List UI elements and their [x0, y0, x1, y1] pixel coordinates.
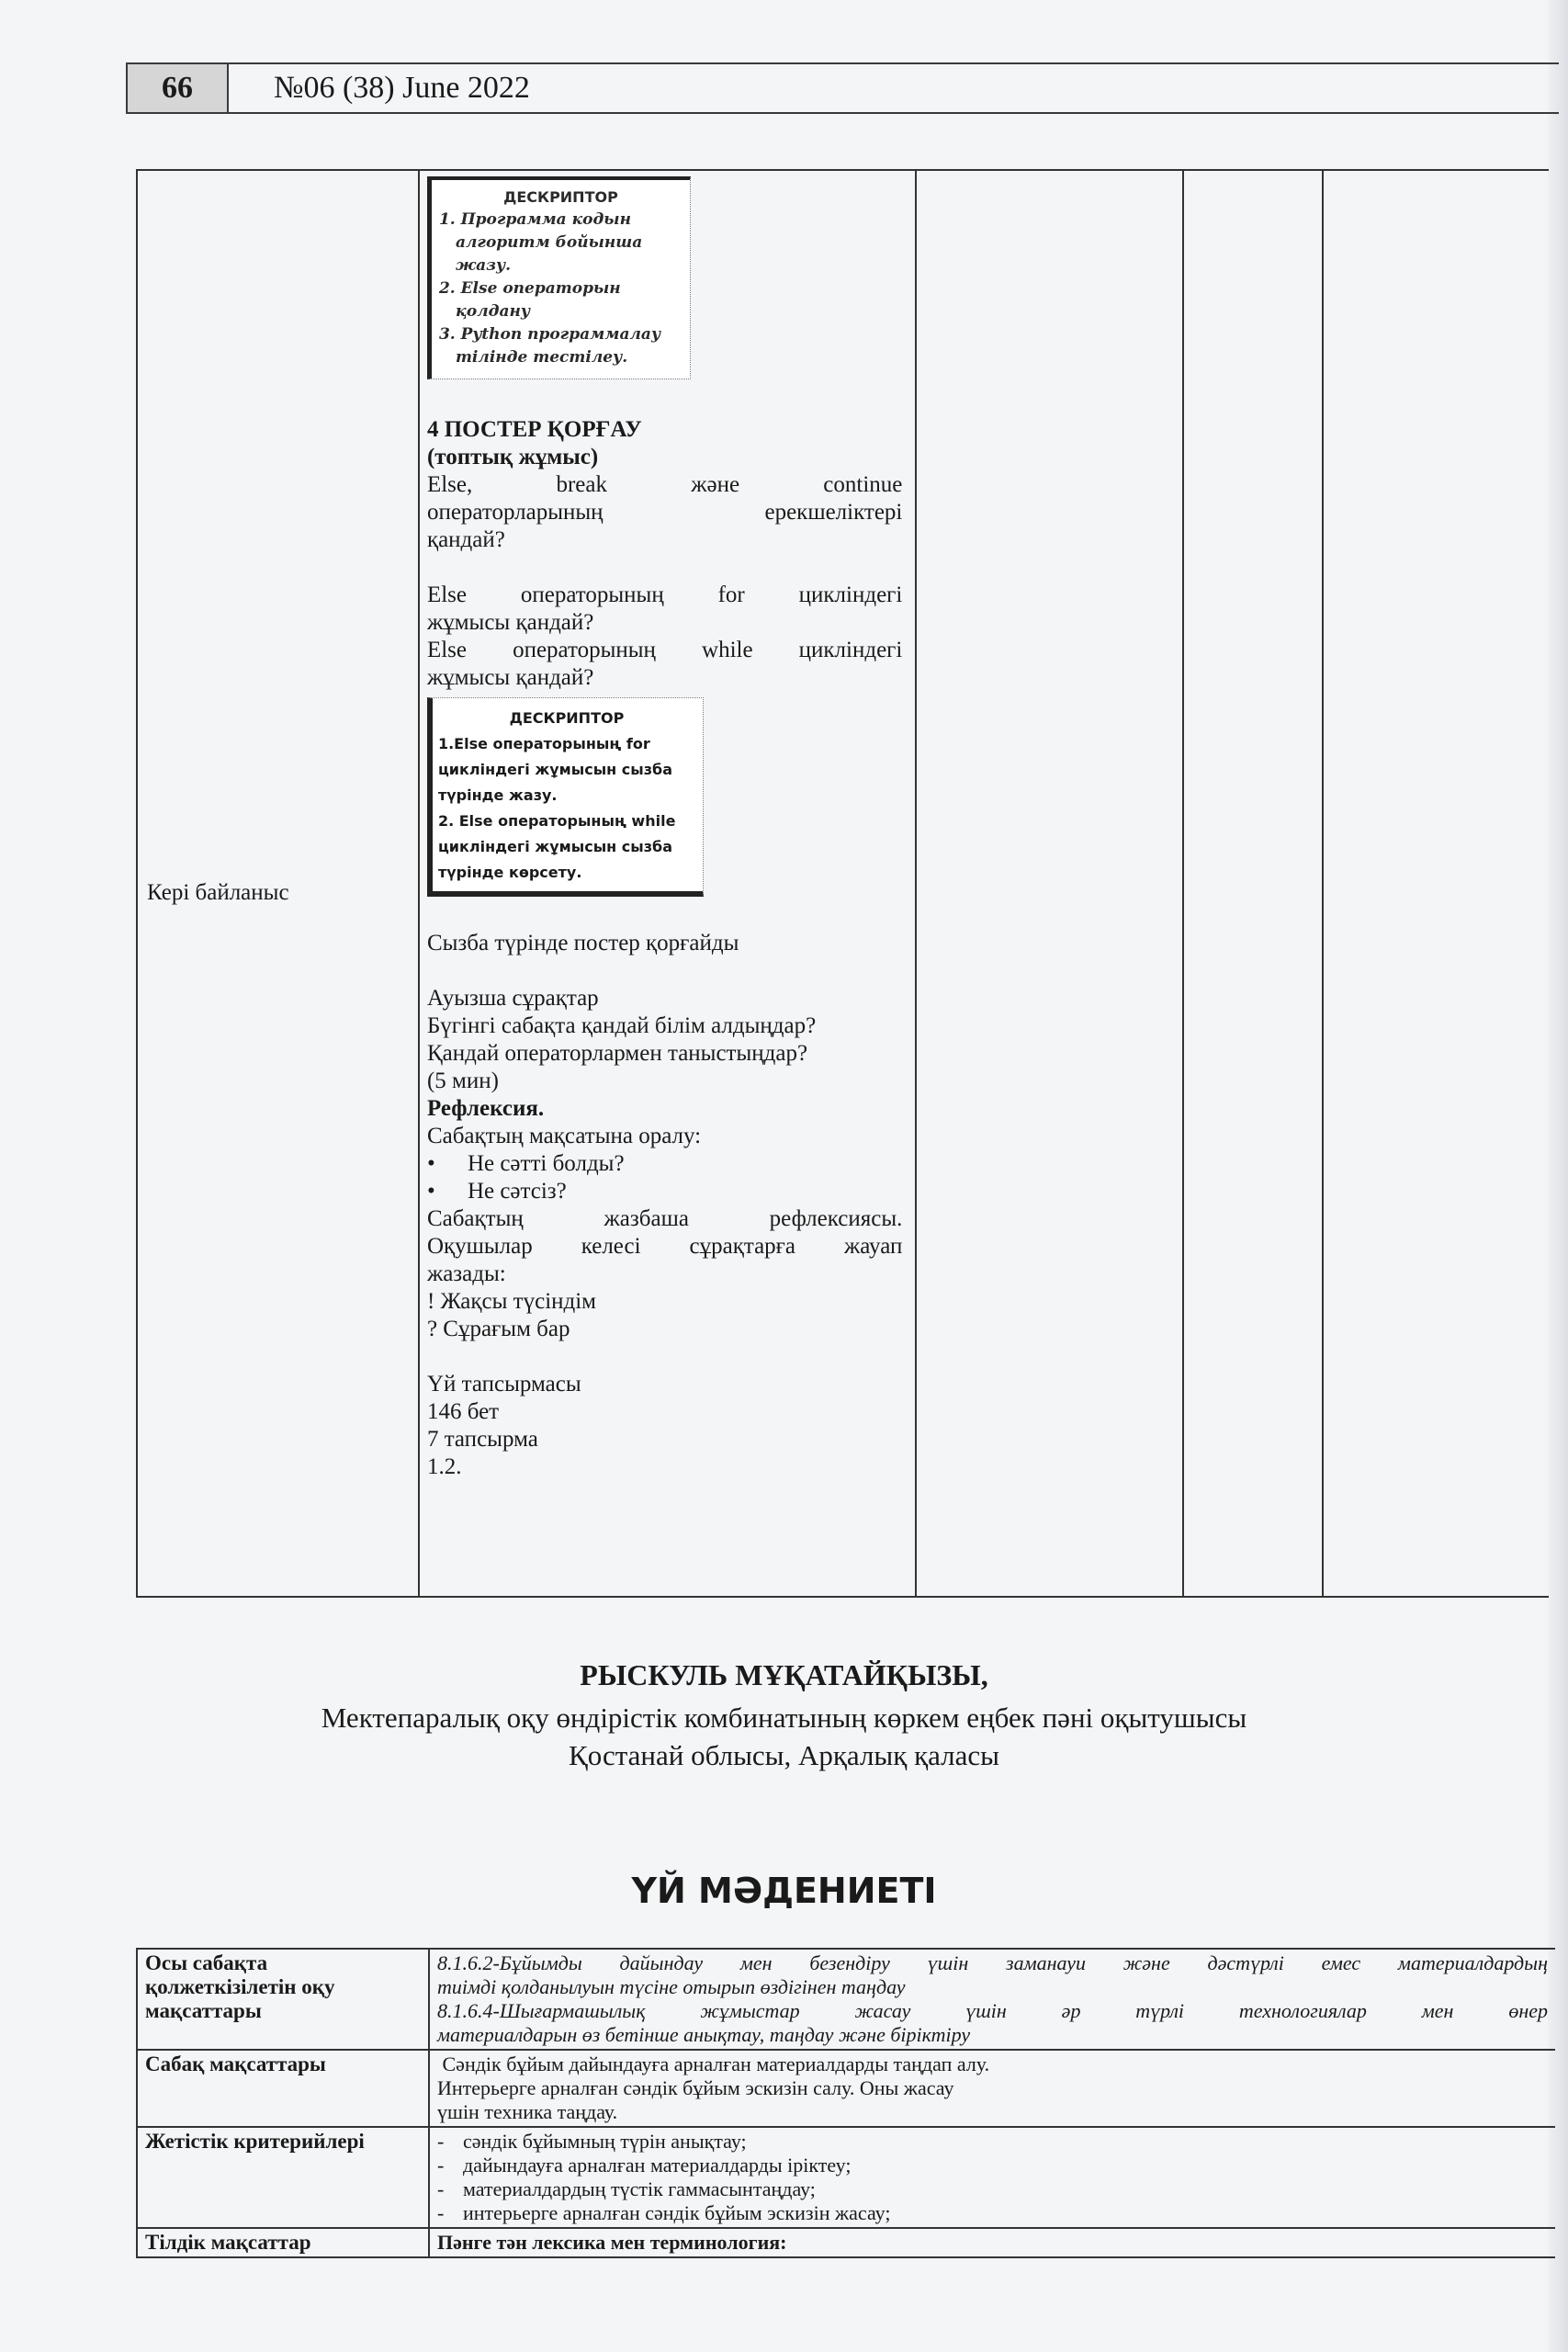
- criteria-text: сәндік бұйымның түрін анықтау;: [463, 2130, 747, 2154]
- text-line: Сәндік бұйым дайындауға арналған материа…: [437, 2052, 1548, 2076]
- header-rule-top: [126, 62, 1559, 64]
- question-3-line-1: Else операторының while циклiндегі: [427, 637, 902, 664]
- word: for: [718, 582, 745, 607]
- empty-cell: [1323, 170, 1549, 1597]
- oral-question-time: (5 мин): [427, 1068, 902, 1095]
- author-role: Мектепаралық оқу өндірістік комбинатының…: [0, 1702, 1568, 1735]
- row-label: Сабақ мақсаттары: [137, 2050, 429, 2127]
- bullet-icon: •: [427, 1150, 468, 1178]
- word: операторының: [521, 582, 664, 607]
- word: сұрақтарға: [690, 1234, 796, 1259]
- criteria-item: -сәндік бұйымның түрін анықтау;: [437, 2130, 1548, 2154]
- section-heading: 4 ПОСТЕР ҚОРҒАУ: [427, 416, 902, 444]
- section-title: ҮЙ МӘДЕНИЕТІ: [0, 1871, 1568, 1911]
- empty-cell: [1183, 170, 1323, 1597]
- word: циклiндегі: [799, 582, 903, 607]
- criteria-item: -дайындауға арналған материалдарды ірікт…: [437, 2154, 1548, 2177]
- word: циклiндегі: [799, 638, 903, 662]
- word: жазбаша: [604, 1206, 689, 1231]
- author-name: РЫСКУЛЬ МҰҚАТАЙҚЫЗЫ,: [0, 1658, 1568, 1692]
- word: Оқушылар: [427, 1234, 533, 1259]
- reflection-bullet: • Не сәтті болды?: [427, 1150, 902, 1178]
- written-reflection-line-1: Сабақтың жазбаша рефлексиясы.: [427, 1205, 902, 1233]
- question-1-line-3: қандай?: [427, 526, 902, 554]
- oral-questions-title: Ауызша сұрақтар: [427, 985, 902, 1012]
- text-line: 8.1.6.2-Бұйымды дайындау мен безендіру ү…: [437, 1951, 1548, 1975]
- lesson-plan-table: Осы сабақта қолжеткізілетін оқу мақсатта…: [136, 1948, 1555, 2258]
- table-row: Жетістік критерийлері -сәндік бұйымның т…: [137, 2127, 1555, 2228]
- descriptor-item: 1.Else операторының for циклiндегі жұмыс…: [438, 731, 695, 808]
- issue-label: №06 (38) June 2022: [274, 68, 530, 108]
- row-value: 8.1.6.2-Бұйымды дайындау мен безендіру ү…: [429, 1949, 1555, 2050]
- text-line: материалдарын өз бетінше анықтау, таңдау…: [437, 2023, 1548, 2047]
- table-row: Тілдік мақсаттар Пәнге тән лексика мен т…: [137, 2228, 1555, 2257]
- word: операторларының: [427, 500, 604, 525]
- descriptor-box-2: ДЕСКРИПТОР 1.Else операторының for циклi…: [427, 697, 704, 897]
- question-1-line-2: операторларының ерекшеліктері: [427, 499, 902, 526]
- row-label: Осы сабақта қолжеткізілетін оқу мақсатта…: [137, 1949, 429, 2050]
- word: break: [556, 472, 607, 497]
- feedback-label: Кері байланыс: [138, 880, 418, 906]
- word: Else,: [427, 472, 472, 497]
- empty-cell: [916, 170, 1183, 1597]
- content-cell: ДЕСКРИПТОР 1. Программа кодын алгоритм б…: [419, 170, 916, 1597]
- row-label: Тілдік мақсаттар: [137, 2228, 429, 2257]
- bullet-text: Не сәтті болды?: [468, 1150, 625, 1178]
- question-2-line-1: Else операторының for циклiндегі: [427, 582, 902, 609]
- question-2-line-2: жұмысы қандай?: [427, 609, 902, 637]
- descriptor-box-1: ДЕСКРИПТОР 1. Программа кодын алгоритм б…: [427, 176, 691, 379]
- homework-item: 1.2.: [427, 1453, 902, 1481]
- descriptor-item: 3. Python программалау тілінде тестілеу.: [439, 323, 682, 369]
- word: келесі: [581, 1234, 641, 1259]
- word: while: [702, 638, 753, 662]
- text-line: тиімді қолданылуын түсіне отырып өздігін…: [437, 1975, 1548, 1999]
- answer-option: ? Сұрағым бар: [427, 1316, 902, 1343]
- row-label: Жетістік критерийлері: [137, 2127, 429, 2228]
- reflection-title: Рефлексия.: [427, 1095, 902, 1123]
- descriptor-item: 2. Else операторының while циклiндегі жұ…: [438, 808, 695, 886]
- lesson-table: Кері байланыс ДЕСКРИПТОР 1. Программа ко…: [136, 169, 1549, 1598]
- text-line: Интерьерге арналған сәндік бұйым эскизін…: [437, 2076, 1548, 2100]
- reflection-bullet: • Не сәтсіз?: [427, 1178, 902, 1205]
- homework-item: 146 бет: [427, 1398, 902, 1426]
- page-number: 66: [126, 64, 229, 112]
- oral-question: Бүгінгі сабақта қандай білім алдыңдар?: [427, 1012, 902, 1040]
- dash-bullet-icon: -: [437, 2177, 463, 2201]
- written-reflection-line-3: жазады:: [427, 1261, 902, 1288]
- descriptor-title: ДЕСКРИПТОР: [439, 186, 682, 209]
- text-line: 8.1.6.4-Шығармашылық жұмыстар жасау үшін…: [437, 1999, 1548, 2023]
- table-row: Осы сабақта қолжеткізілетін оқу мақсатта…: [137, 1949, 1555, 2050]
- word: операторының: [513, 638, 656, 662]
- row-label-cell: Кері байланыс: [137, 170, 419, 1597]
- criteria-text: материалдардың түстік гаммасынтаңдау;: [463, 2177, 816, 2201]
- descriptor-title: ДЕСКРИПТОР: [438, 706, 695, 731]
- word: Else: [427, 582, 467, 607]
- text-line: үшін техника таңдау.: [437, 2100, 1548, 2124]
- word: ерекшеліктері: [764, 500, 902, 525]
- word: жауап: [844, 1234, 902, 1259]
- homework-item: 7 тапсырма: [427, 1426, 902, 1453]
- header-rule-bottom: [126, 112, 1559, 114]
- question-1-line-1: Else, break және continue: [427, 471, 902, 499]
- question-3-line-2: жұмысы қандай?: [427, 664, 902, 692]
- descriptor-item: 1. Программа кодын алгоритм бойынша жазу…: [439, 209, 682, 277]
- dash-bullet-icon: -: [437, 2130, 463, 2154]
- word: Сабақтың: [427, 1206, 524, 1231]
- bullet-icon: •: [427, 1178, 468, 1205]
- author-location: Қостанай облысы, Арқалық қаласы: [0, 1739, 1568, 1772]
- criteria-item: -интерьерге арналған сәндік бұйым эскизі…: [437, 2201, 1548, 2225]
- answer-option: ! Жақсы түсіндім: [427, 1288, 902, 1316]
- criteria-text: дайындауға арналған материалдарды ірікте…: [463, 2154, 851, 2177]
- word: және: [691, 472, 739, 497]
- criteria-text: интерьерге арналған сәндік бұйым эскизін…: [463, 2201, 890, 2225]
- section-subheading: (топтық жұмыс): [427, 444, 902, 471]
- homework-title: Үй тапсырмасы: [427, 1371, 902, 1398]
- reflection-intro: Сабақтың мақсатына оралу:: [427, 1123, 902, 1150]
- row-value: Пәнге тән лексика мен терминология:: [429, 2228, 1555, 2257]
- table-row: Сабақ мақсаттары Сәндік бұйым дайындауға…: [137, 2050, 1555, 2127]
- oral-question: Қандай операторлармен таныстыңдар?: [427, 1040, 902, 1068]
- word: continue: [823, 472, 902, 497]
- descriptor-item: 2. Else операторын қолдану: [439, 277, 682, 323]
- bullet-text: Не сәтсіз?: [468, 1178, 567, 1205]
- dash-bullet-icon: -: [437, 2201, 463, 2225]
- row-value: -сәндік бұйымның түрін анықтау; -дайында…: [429, 2127, 1555, 2228]
- word: Else: [427, 638, 467, 662]
- written-reflection-line-2: Оқушылар келесі сұрақтарға жауап: [427, 1233, 902, 1261]
- criteria-item: -материалдардың түстік гаммасынтаңдау;: [437, 2177, 1548, 2201]
- dash-bullet-icon: -: [437, 2154, 463, 2177]
- poster-defense: Сызба түрінде постер қорғайды: [427, 930, 902, 957]
- word: рефлексиясы.: [770, 1206, 903, 1231]
- row-value: Сәндік бұйым дайындауға арналған материа…: [429, 2050, 1555, 2127]
